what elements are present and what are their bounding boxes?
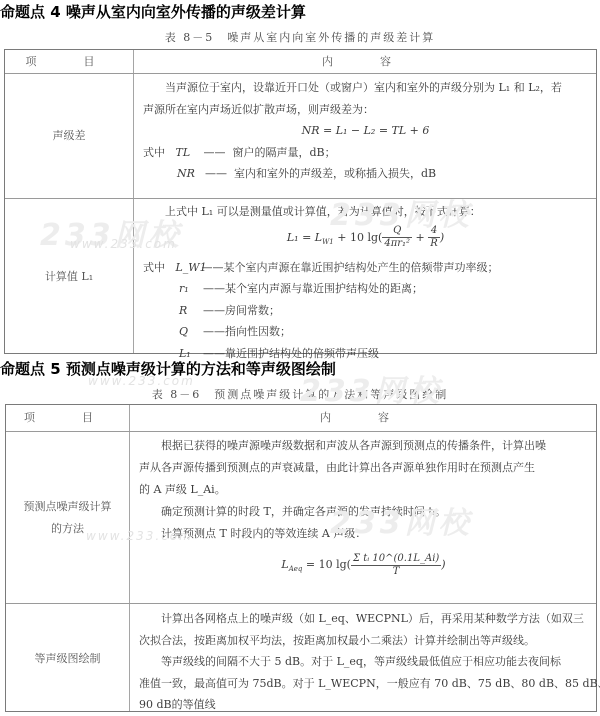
table-8-5-caption: 表 8－5 噪声从室内向室外传播的声级差计算: [0, 29, 600, 45]
header-content: 内 容: [129, 405, 596, 431]
row-label: 等声级图绘制: [6, 604, 129, 713]
formula-nr: NR = L₁ − L₂ = TL + 6: [143, 120, 588, 142]
row-label: 计算值 L₁: [5, 199, 133, 355]
formula-laeq: LAeq = 10 lg(Σ tᵢ 10^(0.1L_Ai)T): [139, 545, 588, 589]
table-row-sound-level-difference: 声级差 当声源位于室内，设靠近开口处（或窗户）室内和室外的声级分别为 L₁ 和 …: [5, 74, 596, 199]
row-content: 计算出各网格点上的噪声级（如 L_eq、WECPNL）后，再采用某种数学方法（如…: [129, 604, 596, 713]
header-item: 项 目: [5, 50, 133, 73]
table-row-prediction-method: 预测点噪声级计算 的方法 根据已获得的噪声源噪声级数据和声波从各声源到预测点的传…: [6, 432, 596, 604]
row-content: 上式中 L₁ 可以是测量值或计算值，若为计算值时，按下式计算： L₁ = LW1…: [133, 199, 596, 355]
section5-heading: 命题点 5 预测点噪声级计算的方法和等声级图绘制: [0, 358, 336, 379]
header-content: 内 容: [133, 50, 596, 73]
row-label: 声级差: [5, 74, 133, 198]
section4-heading: 命题点 4 噪声从室内向室外传播的声级差计算: [0, 1, 306, 22]
header-item: 项 目: [6, 405, 129, 431]
row-content: 当声源位于室内，设靠近开口处（或窗户）室内和室外的声级分别为 L₁ 和 L₂，若…: [133, 74, 596, 198]
table-header-row: 项 目 内 容: [6, 405, 596, 432]
formula-l1: L₁ = LW1 + 10 lg(Q4πr₁² + 4R): [143, 223, 588, 257]
table-8-6: 项 目 内 容 预测点噪声级计算 的方法 根据已获得的噪声源噪声级数据和声波从各…: [5, 404, 597, 712]
table-8-5: 项 目 内 容 声级差 当声源位于室内，设靠近开口处（或窗户）室内和室外的声级分…: [4, 49, 597, 354]
table-row-calculated-l1: 计算值 L₁ 上式中 L₁ 可以是测量值或计算值，若为计算值时，按下式计算： L…: [5, 199, 596, 355]
row-label: 预测点噪声级计算 的方法: [6, 432, 129, 603]
table-row-contour-map: 等声级图绘制 计算出各网格点上的噪声级（如 L_eq、WECPNL）后，再采用某…: [6, 604, 596, 713]
row-content: 根据已获得的噪声源噪声级数据和声波从各声源到预测点的传播条件，计算出噪 声从各声…: [129, 432, 596, 603]
table-8-6-caption: 表 8－6 预测点噪声级计算的方法和等声级图绘制: [0, 386, 600, 402]
table-header-row: 项 目 内 容: [5, 50, 596, 74]
